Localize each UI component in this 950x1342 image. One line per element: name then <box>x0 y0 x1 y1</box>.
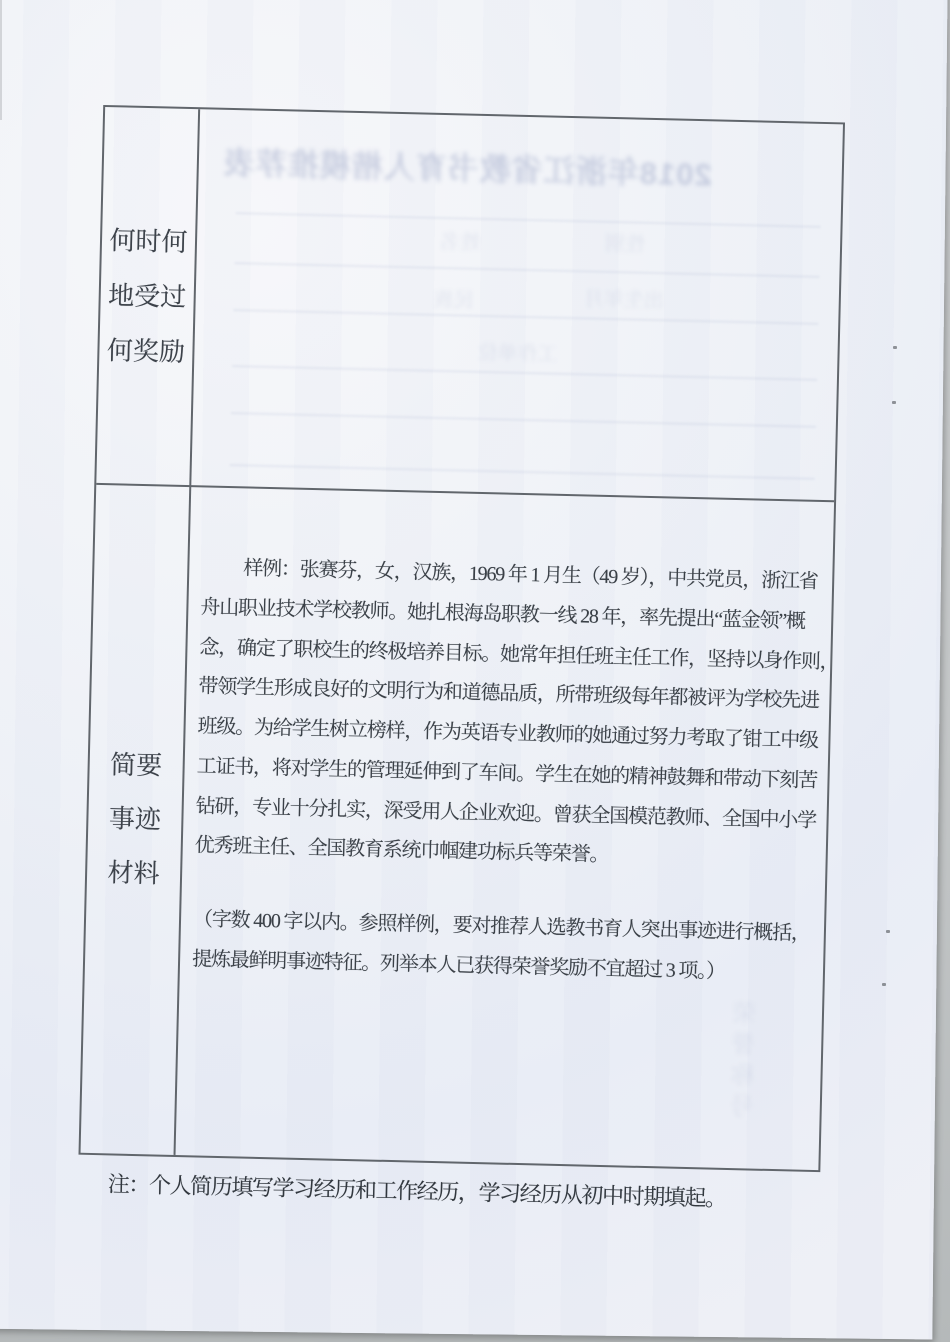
paper-page: 2018年浙江省教书育人楷模推荐表 姓名 性别 民族 出生年月 工作单位 荣誉称… <box>0 0 948 1339</box>
form-table: 何时何 地受过 何奖励 简要 事迹 材料 样例：张赛芬，女，汉族，1969 年 … <box>78 105 845 1172</box>
paper-speck <box>893 346 897 349</box>
row1-label-line: 何奖励 <box>106 323 185 380</box>
row1-label-line: 何时何 <box>109 213 188 270</box>
paper-speck <box>886 930 890 933</box>
row2-label-line: 材料 <box>107 845 160 900</box>
footnote: 注：个人简历填写学习经历和工作经历，学习经历从初中时期填起。 <box>107 1167 726 1213</box>
row2-label-line: 事迹 <box>108 791 161 846</box>
scan-edge-line <box>0 0 2 120</box>
row2-label-cell: 简要 事迹 材料 <box>81 485 190 1153</box>
row1-label-cell: 何时何 地受过 何奖励 <box>96 107 198 485</box>
row1-label-line: 地受过 <box>108 268 187 325</box>
scanned-document: 2018年浙江省教书育人楷模推荐表 姓名 性别 民族 出生年月 工作单位 荣誉称… <box>0 0 950 1342</box>
row1-value-cell <box>191 109 843 500</box>
row2-label-line: 简要 <box>110 737 163 792</box>
paper-speck <box>882 983 886 986</box>
form-content: 2018年浙江省教书育人楷模推荐表 姓名 性别 民族 出生年月 工作单位 荣誉称… <box>76 105 873 1293</box>
row2-value-cell: 样例：张赛芬，女，汉族，1969 年 1 月生（49 岁），中共党员，浙江省 舟… <box>176 487 835 1168</box>
instruction-block: （字数 400 字以内。参照样例，要对推荐人选教书育人突出事迹进行概括， 提炼最… <box>192 900 825 994</box>
paper-speck <box>892 401 896 404</box>
